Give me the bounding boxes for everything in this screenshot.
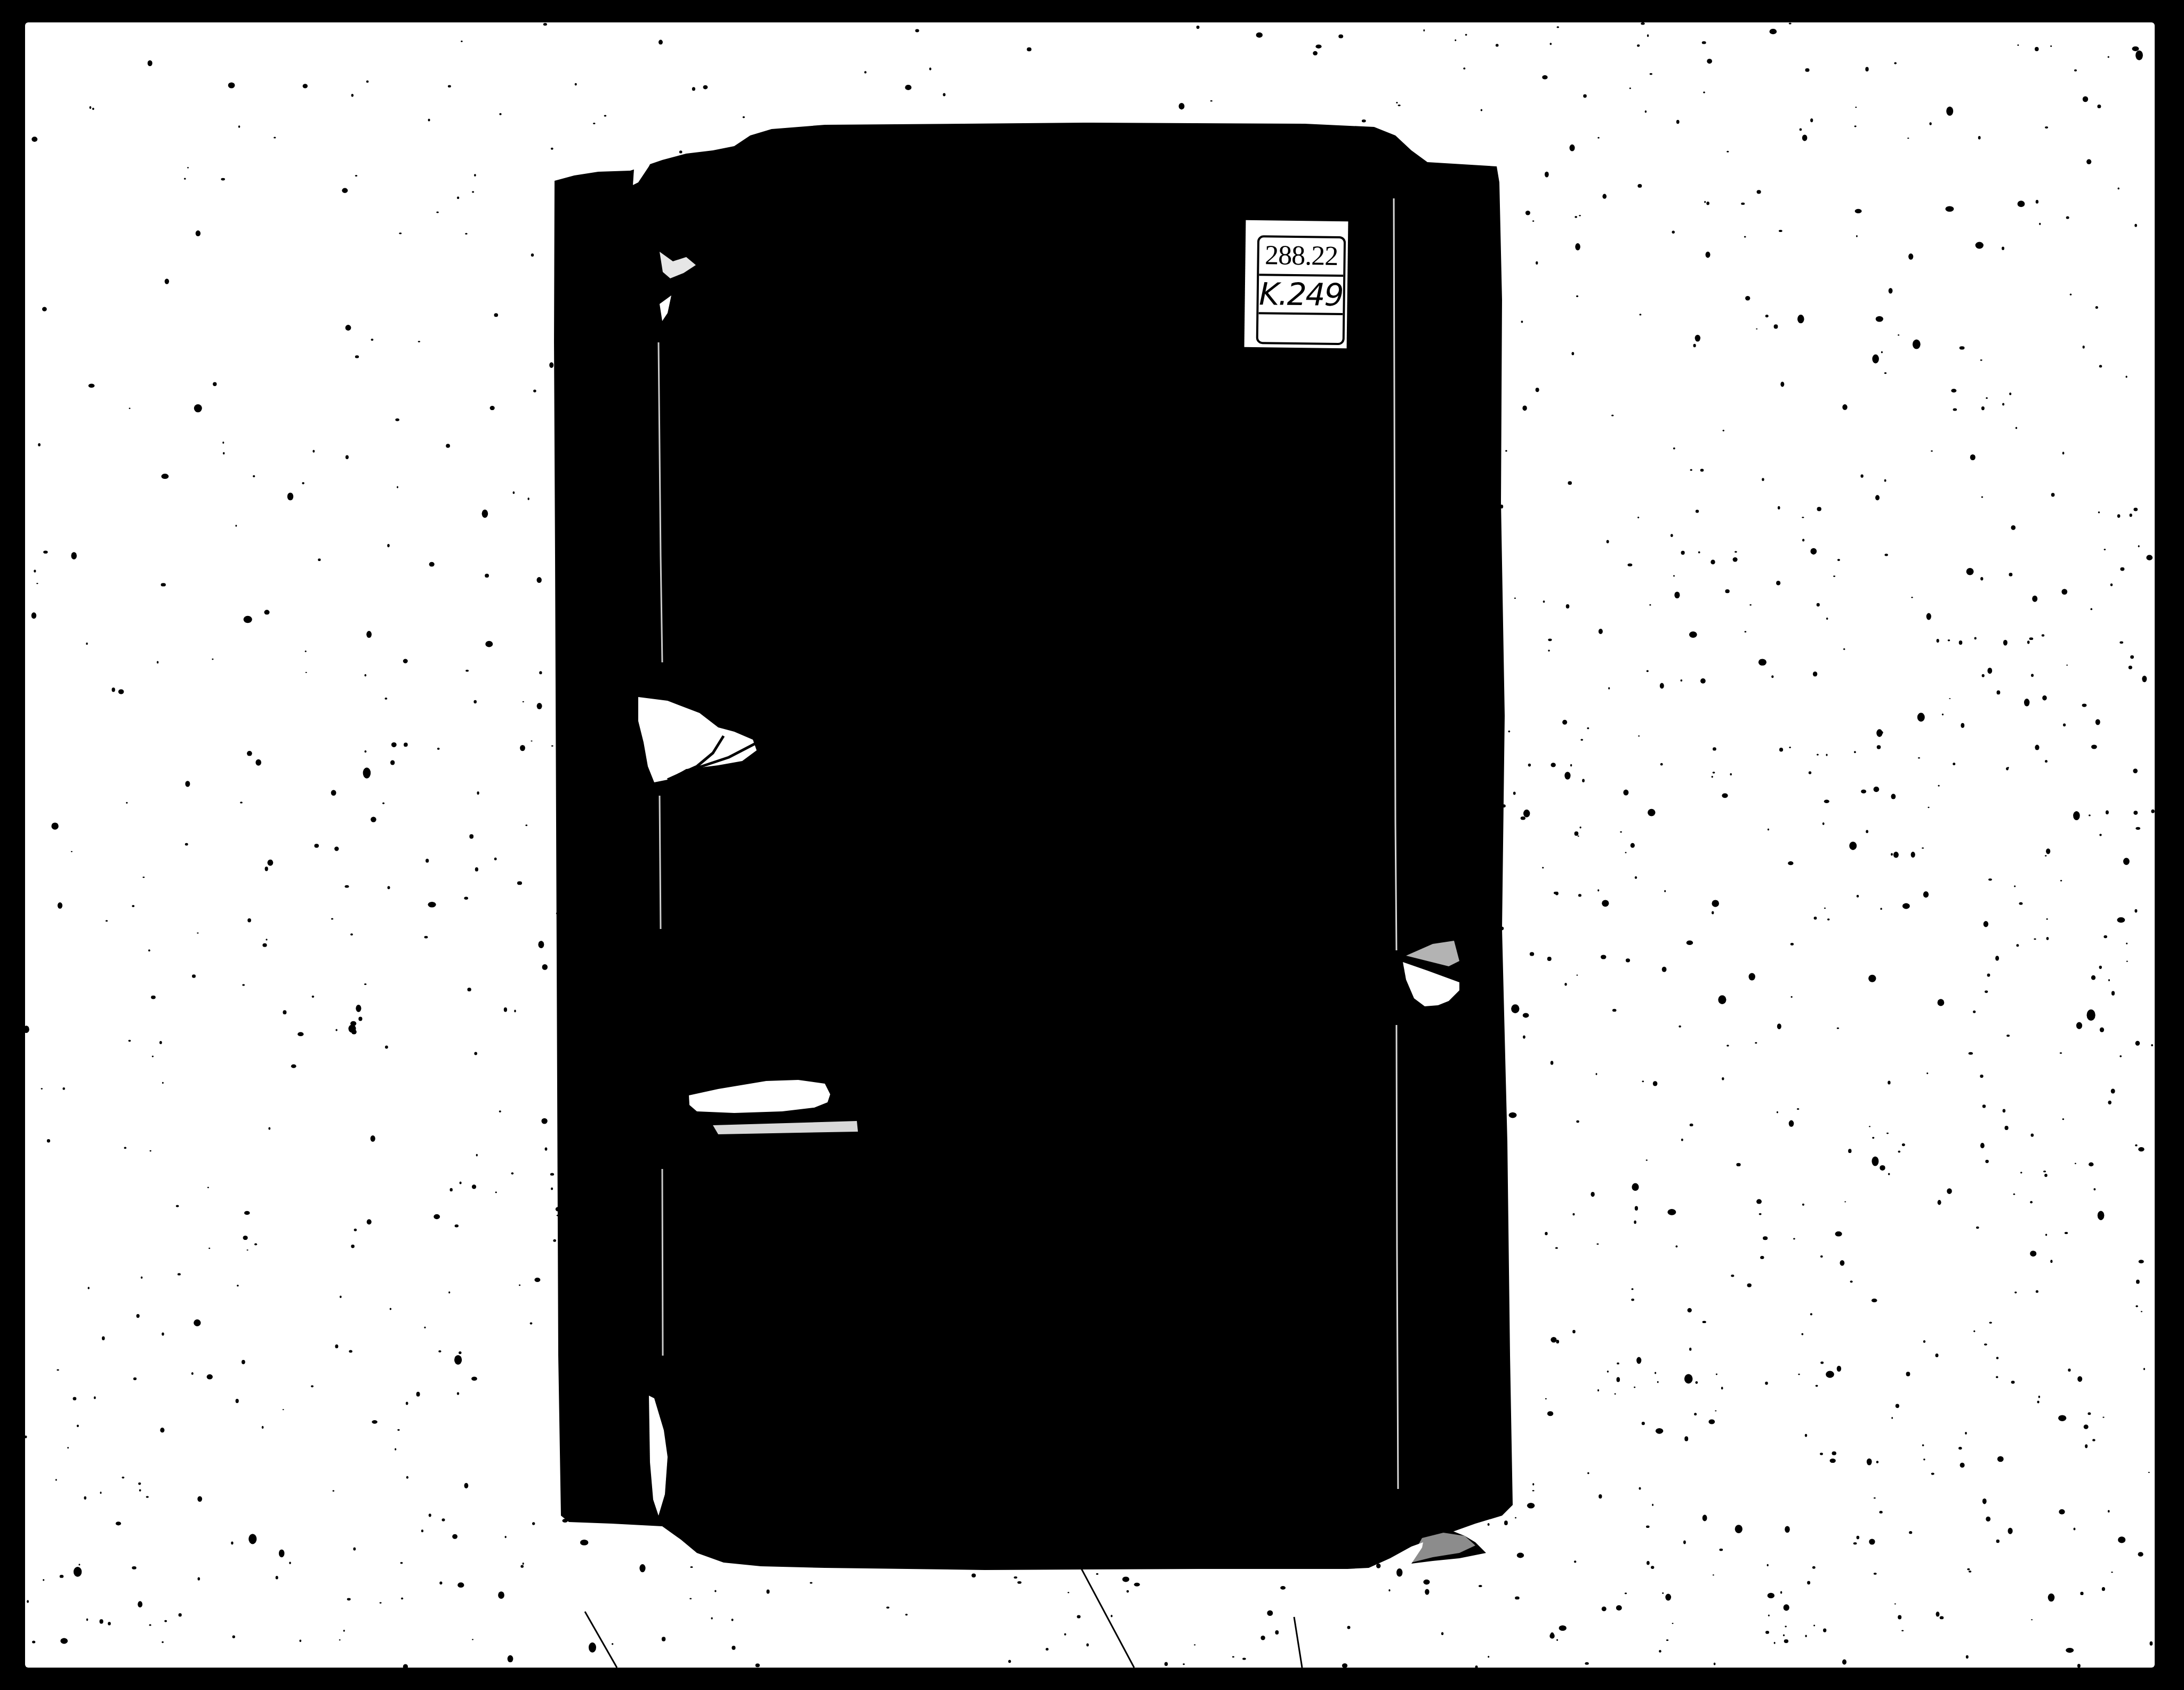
damage-patch-top-left <box>633 156 654 185</box>
shelf-mark: K.249 <box>1258 275 1343 315</box>
label-border: 288.22 K.249 <box>1256 235 1346 345</box>
damage-speckle-top-left <box>660 252 696 278</box>
damage-layer <box>25 22 2155 1668</box>
damage-patch-left <box>638 697 757 782</box>
damage-bottom-fringe <box>1411 1533 1475 1563</box>
spine-line-right <box>1394 198 1398 1489</box>
catalogue-label: 288.22 K.249 <box>1244 220 1348 348</box>
call-number: 288.22 <box>1259 237 1344 277</box>
spine-line-left <box>659 342 663 1356</box>
damage-chip-small <box>660 295 671 321</box>
damage-speckle-right <box>1406 941 1459 966</box>
damage-patch-right <box>1403 962 1459 1006</box>
damage-strip-lower-left <box>713 1121 858 1134</box>
damage-spine-tear <box>649 1396 668 1516</box>
label-empty-row <box>1258 314 1343 345</box>
scan-background: 288.22 K.249 <box>25 22 2155 1668</box>
damage-patch-lower-left <box>689 1080 830 1113</box>
